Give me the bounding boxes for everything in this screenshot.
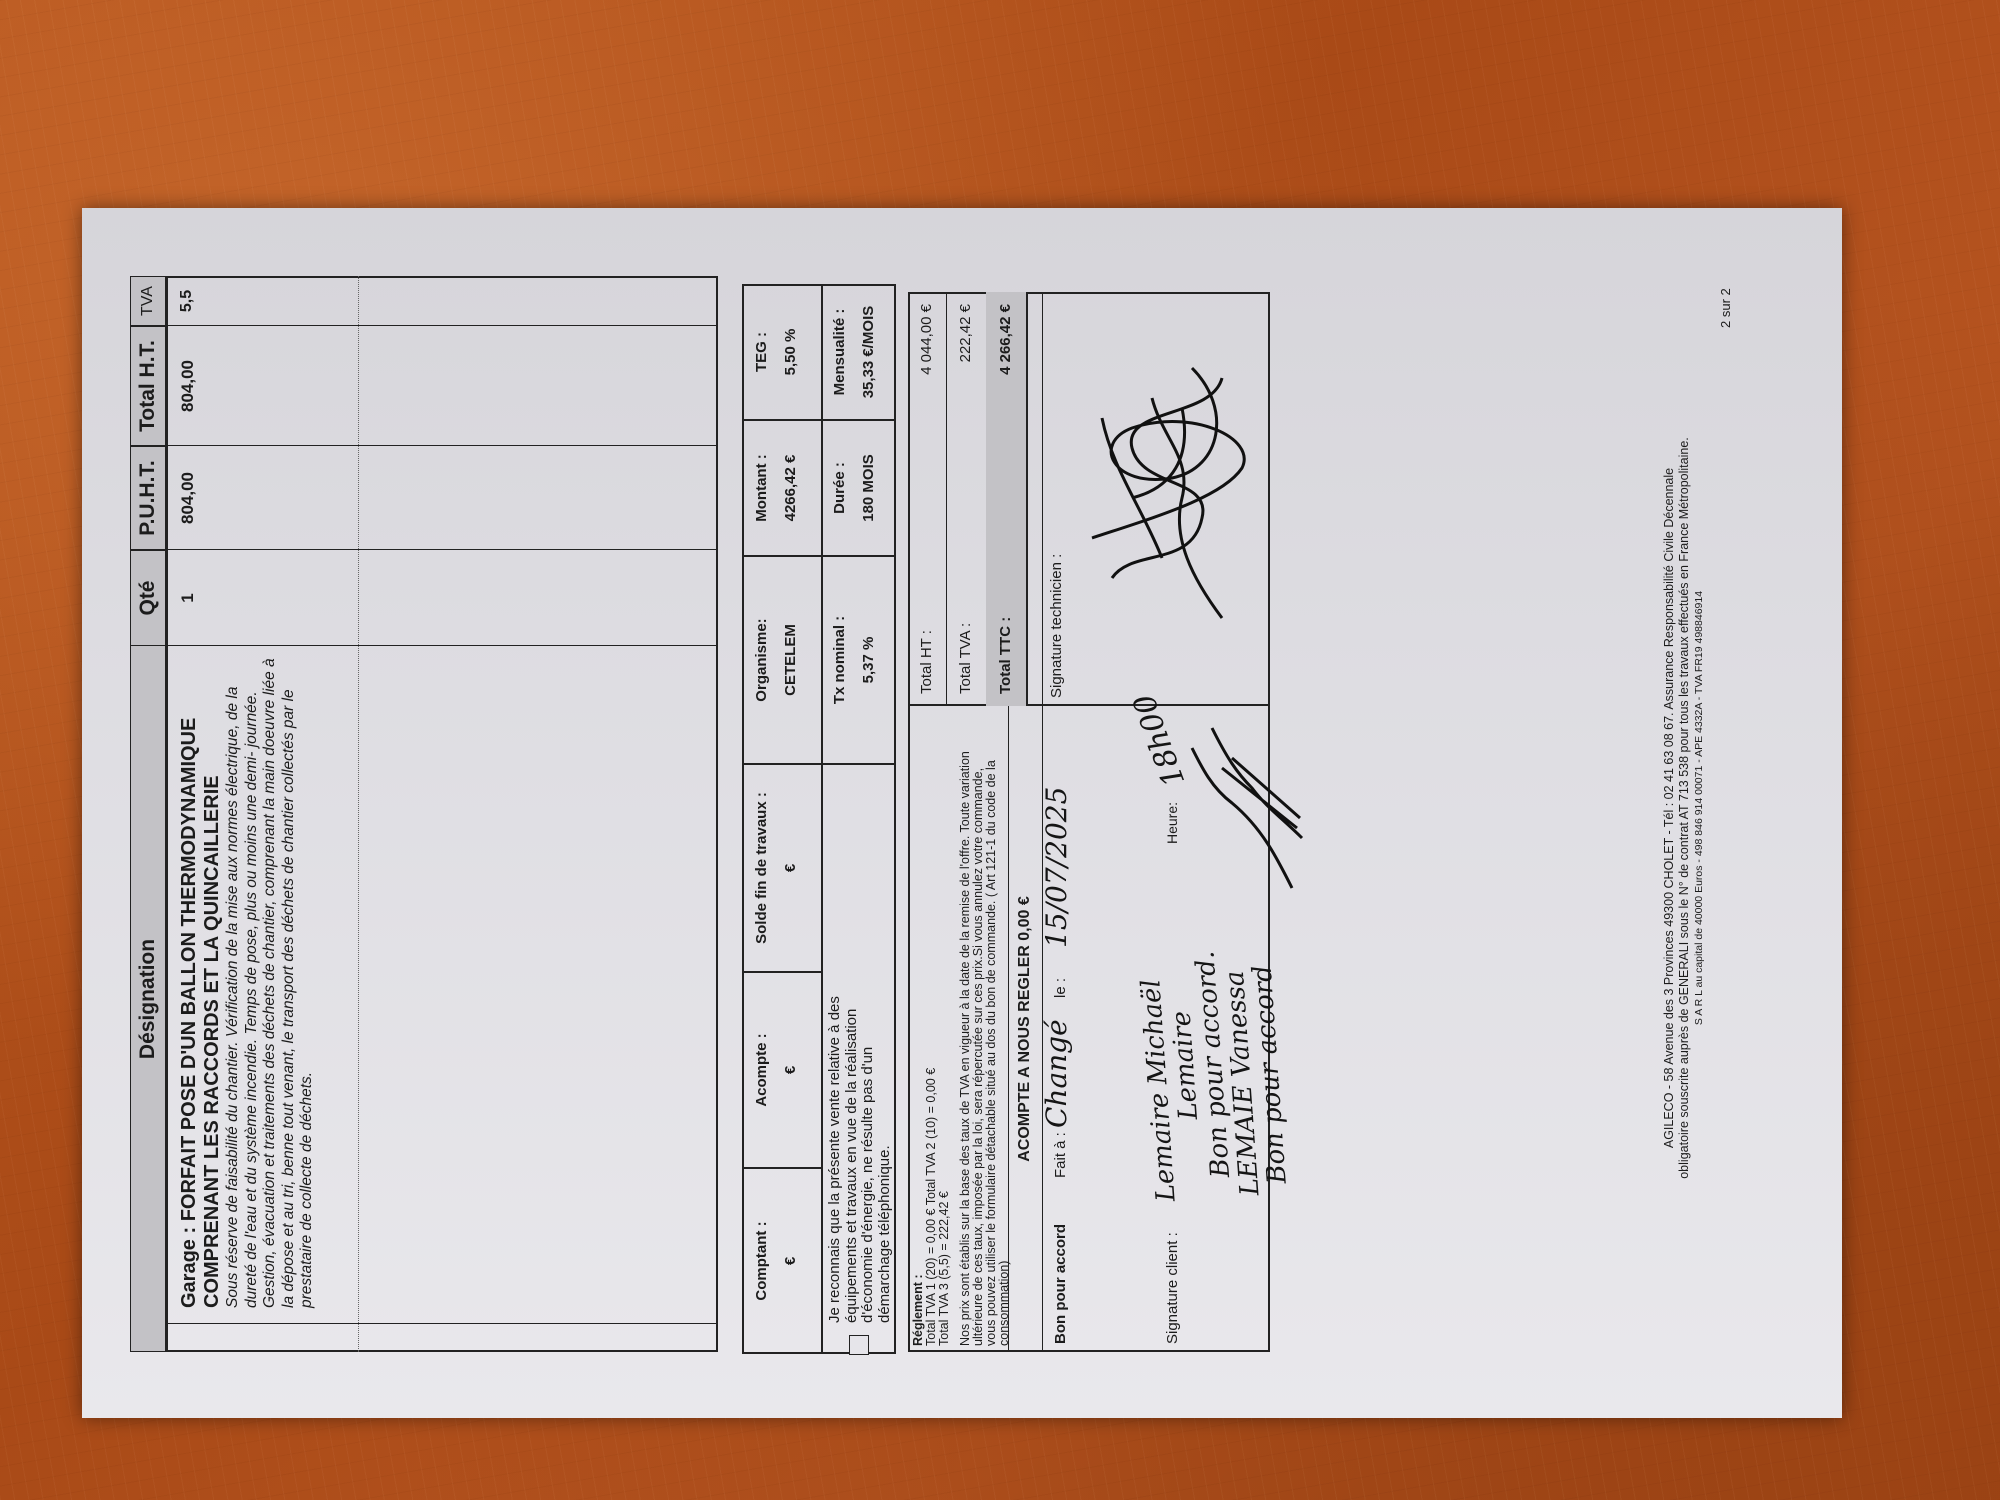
header-unit-price: P.U.H.T.	[130, 446, 166, 550]
reglement-line-2: Total TVA 3 (5,5) = 222,42 €	[938, 746, 951, 1346]
footer-line-2: obligatoire souscrite auprès de GENERALI…	[1677, 238, 1692, 1378]
date-value[interactable]: 15/07/2025	[1040, 787, 1073, 948]
mensualite-label: Mensualité :	[831, 285, 848, 419]
acompte-label: Acompte :	[753, 973, 770, 1167]
montant-cell: Montant : 4266,42 €	[742, 420, 822, 556]
organisme-label: Organisme:	[753, 557, 770, 763]
reglement-section: Réglement : Total TVA 1 (20) = 0,00 € To…	[912, 746, 1011, 1346]
fait-a-label: Fait à :	[1052, 1132, 1069, 1178]
footer-line-1: AGILECO - 58 Avenue des 3 Provinces 4930…	[1662, 238, 1677, 1378]
client-signature-scribble	[1182, 718, 1312, 898]
organisme-value: CETELEM	[782, 557, 799, 763]
footer-line-3: S A R L au capital de 40000 Euros - 498 …	[1692, 238, 1707, 1378]
fait-a-value[interactable]: Changé	[1040, 1019, 1073, 1128]
quote-page: Désignation Qté P.U.H.T. Total H.T. TVA …	[82, 208, 1842, 1418]
duree-value: 180 MOIS	[860, 421, 877, 555]
solde-cell: Solde fin de travaux : €	[742, 764, 822, 972]
total-ht-row: Total HT : 4 044,00 €	[908, 292, 947, 706]
col-divider	[166, 445, 718, 446]
technician-signature-scribble	[1072, 338, 1272, 638]
total-ttc-row: Total TTC : 4 266,42 €	[986, 292, 1028, 706]
tx-cell: Tx nominal : 5,37 %	[822, 556, 896, 764]
row-separator	[358, 276, 359, 1352]
page-number: 2 sur 2	[1718, 288, 1733, 328]
comptant-value[interactable]: €	[782, 1169, 799, 1353]
duree-cell: Durée : 180 MOIS	[822, 420, 896, 556]
footer: AGILECO - 58 Avenue des 3 Provinces 4930…	[1662, 238, 1707, 1378]
reglement-notice: Nos prix sont établis sur la base des ta…	[959, 746, 1011, 1346]
item-unit-price: 804,00	[178, 446, 198, 550]
col-divider	[166, 549, 718, 550]
tx-label: Tx nominal :	[831, 557, 848, 763]
item-qty: 1	[178, 550, 198, 646]
montant-value: 4266,42 €	[782, 421, 799, 555]
signature-client-label: Signature client :	[1164, 1232, 1181, 1344]
total-tva-value: 222,42 €	[957, 304, 974, 362]
table-row: Garage : FORFAIT POSE D'UN BALLON THERMO…	[178, 658, 317, 1308]
item-title: Garage : FORFAIT POSE D'UN BALLON THERMO…	[178, 658, 224, 1308]
col-divider	[166, 325, 718, 326]
total-ht-value: 4 044,00 €	[918, 304, 935, 375]
acompte-value[interactable]: €	[782, 973, 799, 1167]
acknowledgement-cell: Je reconnais que la présente vente relat…	[822, 764, 896, 1354]
solde-label: Solde fin de travaux :	[753, 765, 770, 971]
comptant-label: Comptant :	[753, 1169, 770, 1353]
header-designation: Désignation	[130, 646, 166, 1352]
montant-label: Montant :	[753, 421, 770, 555]
table-margin-column	[166, 1323, 718, 1352]
total-ht-label: Total HT :	[918, 630, 935, 694]
mensualite-cell: Mensualité : 35,33 €/MOIS	[822, 284, 896, 420]
organisme-cell: Organisme: CETELEM	[742, 556, 822, 764]
heure-label: Heure:	[1164, 802, 1180, 844]
header-total-ht: Total H.T.	[130, 326, 166, 446]
header-tva: TVA	[130, 276, 166, 326]
le-label: le :	[1052, 978, 1069, 998]
bon-pour-accord: Bon pour accord	[1052, 1224, 1069, 1344]
tx-value: 5,37 %	[860, 557, 877, 763]
item-tva: 5,5	[178, 276, 196, 326]
col-divider	[166, 645, 718, 646]
comptant-cell: Comptant : €	[742, 1168, 822, 1354]
teg-label: TEG :	[753, 285, 770, 419]
teg-cell: TEG : 5,50 %	[742, 284, 822, 420]
item-total-ht: 804,00	[178, 326, 198, 446]
acompte-a-regler: ACOMPTE A NOUS REGLER 0,00 €	[1008, 706, 1042, 1352]
mensualite-value: 35,33 €/MOIS	[860, 285, 877, 419]
acknowledgement-checkbox[interactable]	[849, 1335, 869, 1355]
total-tva-row: Total TVA : 222,42 €	[946, 292, 987, 706]
total-ttc-value: 4 266,42 €	[997, 304, 1014, 375]
total-tva-label: Total TVA :	[957, 623, 974, 694]
item-description: Sous réserve de faisabilité du chantier.…	[224, 658, 317, 1308]
solde-value[interactable]: €	[782, 765, 799, 971]
acknowledgement-text: Je reconnais que la présente vente relat…	[827, 993, 893, 1323]
header-qty: Qté	[130, 550, 166, 646]
duree-label: Durée :	[831, 421, 848, 555]
teg-value: 5,50 %	[782, 285, 799, 419]
acompte-cell: Acompte : €	[742, 972, 822, 1168]
signature-technicien-label: Signature technicien :	[1048, 554, 1065, 698]
total-ttc-label: Total TTC :	[997, 617, 1014, 694]
